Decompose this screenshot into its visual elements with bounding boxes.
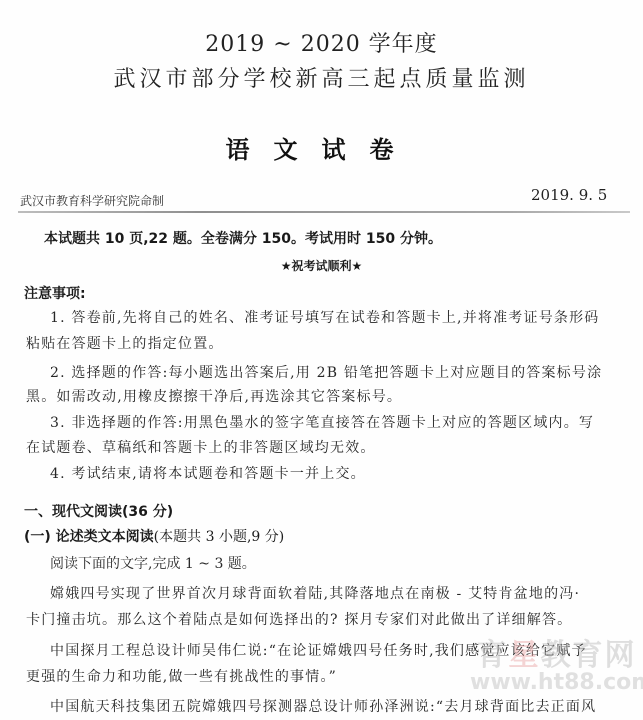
passage-line-4: 更强的生命力和功能,做一些有挑战性的事情。” — [26, 666, 337, 686]
passage-line-5: 中国航天科技集团五院嫦娥四号探测器总设计师孙泽洲说:“去月球背面比去正面风 — [50, 696, 596, 716]
reading-instruction: 阅读下面的文字,完成 1 ~ 3 题。 — [50, 553, 256, 573]
notice-item-1-line-1: 1. 答卷前,先将自己的姓名、准考证号填写在试卷和答题卡上,并将准考证号条形码 — [50, 307, 600, 327]
subsection-name: (一) 论述类文本阅读 — [24, 529, 154, 545]
watermark-url: www.ht88.com — [470, 670, 643, 695]
exam-title: 武汉市部分学校新高三起点质量监测 — [0, 62, 643, 93]
notice-item-2-line-1: 2. 选择题的作答:每小题选出答案后,用 2B 铅笔把答题卡上对应题目的答案标号… — [50, 362, 602, 382]
academic-year-title: 2019 ~ 2020 学年度 — [0, 27, 643, 58]
passage-line-1: 嫦娥四号实现了世界首次月球背面软着陆,其降落地点在南极 - 艾特肯盆地的冯· — [50, 583, 580, 603]
notice-item-2-line-2: 黑。如需改动,用橡皮擦擦干净后,再选涂其它答案标号。 — [26, 386, 402, 406]
header-divider — [18, 211, 630, 213]
subsection-note: (本题共 3 小题,9 分) — [154, 529, 285, 545]
section-title: 一、现代文阅读(36 分) — [24, 501, 173, 521]
passage-line-2: 卡门撞击坑。那么这个着陆点是如何选择出的? 探月专家们对此做出了详细解答。 — [26, 609, 572, 629]
exam-summary: 本试题共 10 页,22 题。全卷满分 150。考试用时 150 分钟。 — [44, 228, 442, 248]
subsection-title: (一) 论述类文本阅读(本题共 3 小题,9 分) — [24, 526, 284, 546]
good-luck-banner: ★祝考试顺利★ — [0, 257, 643, 274]
notice-item-4: 4. 考试结束,请将本试题卷和答题卡一并上交。 — [50, 463, 366, 483]
issuer-label: 武汉市教育科学研究院命制 — [20, 192, 164, 209]
passage-line-3: 中国探月工程总设计师吴伟仁说:“在论证嫦娥四号任务时,我们感觉应该给它赋予 — [50, 640, 587, 660]
exam-date: 2019. 9. 5 — [531, 186, 607, 204]
notice-item-1-line-2: 粘贴在答题卡上的指定位置。 — [26, 333, 224, 353]
notice-item-3-line-2: 在试题卷、草稿纸和答题卡上的非答题区域均无效。 — [26, 437, 376, 457]
subject-title: 语文试卷 — [0, 130, 643, 165]
notice-heading: 注意事项: — [24, 283, 86, 303]
notice-item-3-line-1: 3. 非选择题的作答:用黑色墨水的签字笔直接答在答题卡上对应的答题区域内。写 — [50, 412, 594, 432]
